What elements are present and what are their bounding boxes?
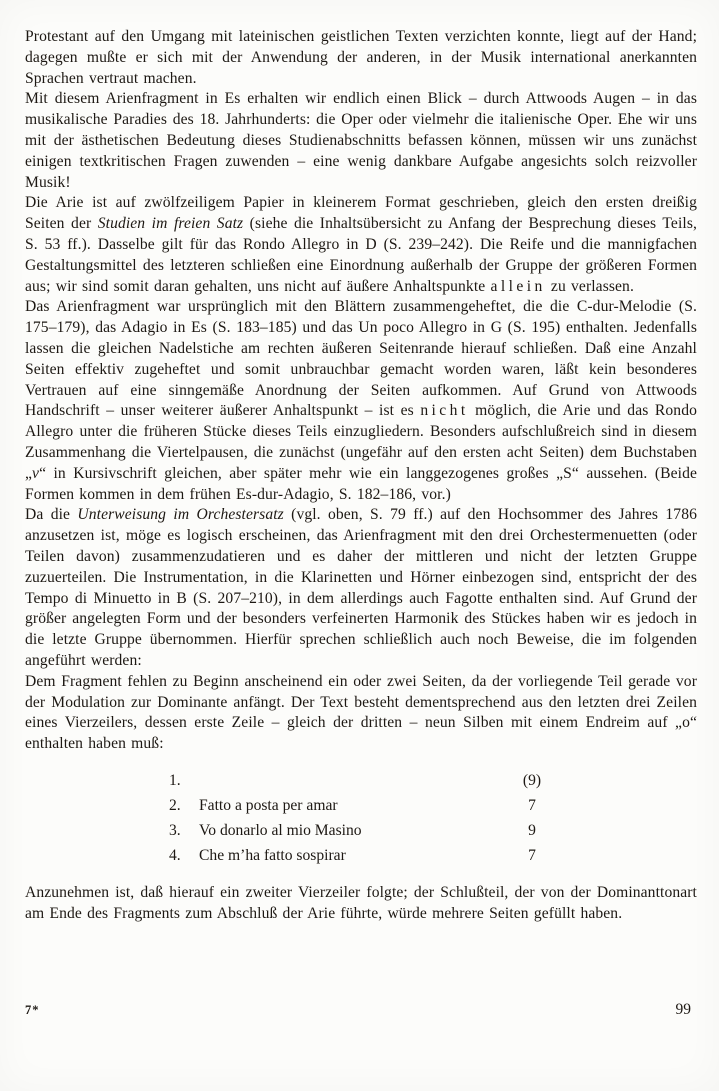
verse-line-number: 1. [169,768,199,793]
text-run: Dem Fragment fehlen zu Beginn anscheinen… [25,673,697,752]
page-number: 99 [676,1001,692,1019]
verse-syllable-count: (9) [505,768,559,793]
paragraph: Anzunehmen ist, daß hierauf ein zweiter … [25,883,697,925]
text-run: zu verlassen. [546,278,634,295]
paragraph: Dem Fragment fehlen zu Beginn anscheinen… [25,672,697,755]
verse-line-number: 3. [169,818,199,843]
verse-syllable-count: 9 [505,818,559,843]
verse-line-number: 4. [169,843,199,868]
verse-syllable-count: 7 [505,793,559,818]
verse-syllable-count: 7 [505,843,559,868]
verse-list: 1.(9)2.Fatto a posta per amar73.Vo donar… [169,768,697,868]
verse-line-text: Che m’ha fatto sospirar [199,843,505,868]
verse-line-text: Vo donarlo al mio Masino [199,818,505,843]
text-run: Da die [25,506,77,523]
page-footer: 7* 99 [25,1001,691,1019]
letterspaced-text-run: nicht [420,402,468,419]
main-paragraphs: Protestant auf den Umgang mit lateinisch… [25,27,697,755]
closing-paragraphs: Anzunehmen ist, daß hierauf ein zweiter … [25,883,697,925]
paragraph: Die Arie ist auf zwölfzeiligem Papier in… [25,193,697,297]
book-page: Protestant auf den Umgang mit lateinisch… [0,0,719,1091]
verse-row: 2.Fatto a posta per amar7 [169,793,697,818]
text-run: Anzunehmen ist, daß hierauf ein zweiter … [25,884,697,922]
page-body-text: Protestant auf den Umgang mit lateinisch… [25,27,697,924]
text-run: “ in Kursivschrift gleichen, aber später… [25,465,697,503]
paragraph: Mit diesem Arienfragment in Es erhalten … [25,89,697,193]
paragraph: Das Arienfragment war ursprünglich mit d… [25,297,697,505]
text-run: (vgl. oben, S. 79 ff.) auf den Hochsomme… [25,506,697,669]
text-run: Protestant auf den Umgang mit lateinisch… [25,28,697,87]
italic-text-run: Studien im freien Satz [98,215,243,232]
signature-mark: 7* [25,1003,40,1018]
paragraph: Da die Unterweisung im Orchestersatz (vg… [25,505,697,671]
verse-line-text: Fatto a posta per amar [199,793,505,818]
italic-text-run: v [32,465,39,482]
text-run: Mit diesem Arienfragment in Es erhalten … [25,90,697,190]
paragraph: Protestant auf den Umgang mit lateinisch… [25,27,697,89]
verse-row: 4.Che m’ha fatto sospirar7 [169,843,697,868]
verse-row: 1.(9) [169,768,697,793]
verse-row: 3.Vo donarlo al mio Masino9 [169,818,697,843]
letterspaced-text-run: allein [490,278,545,295]
italic-text-run: Unterweisung im Orchestersatz [77,506,283,523]
verse-line-number: 2. [169,793,199,818]
